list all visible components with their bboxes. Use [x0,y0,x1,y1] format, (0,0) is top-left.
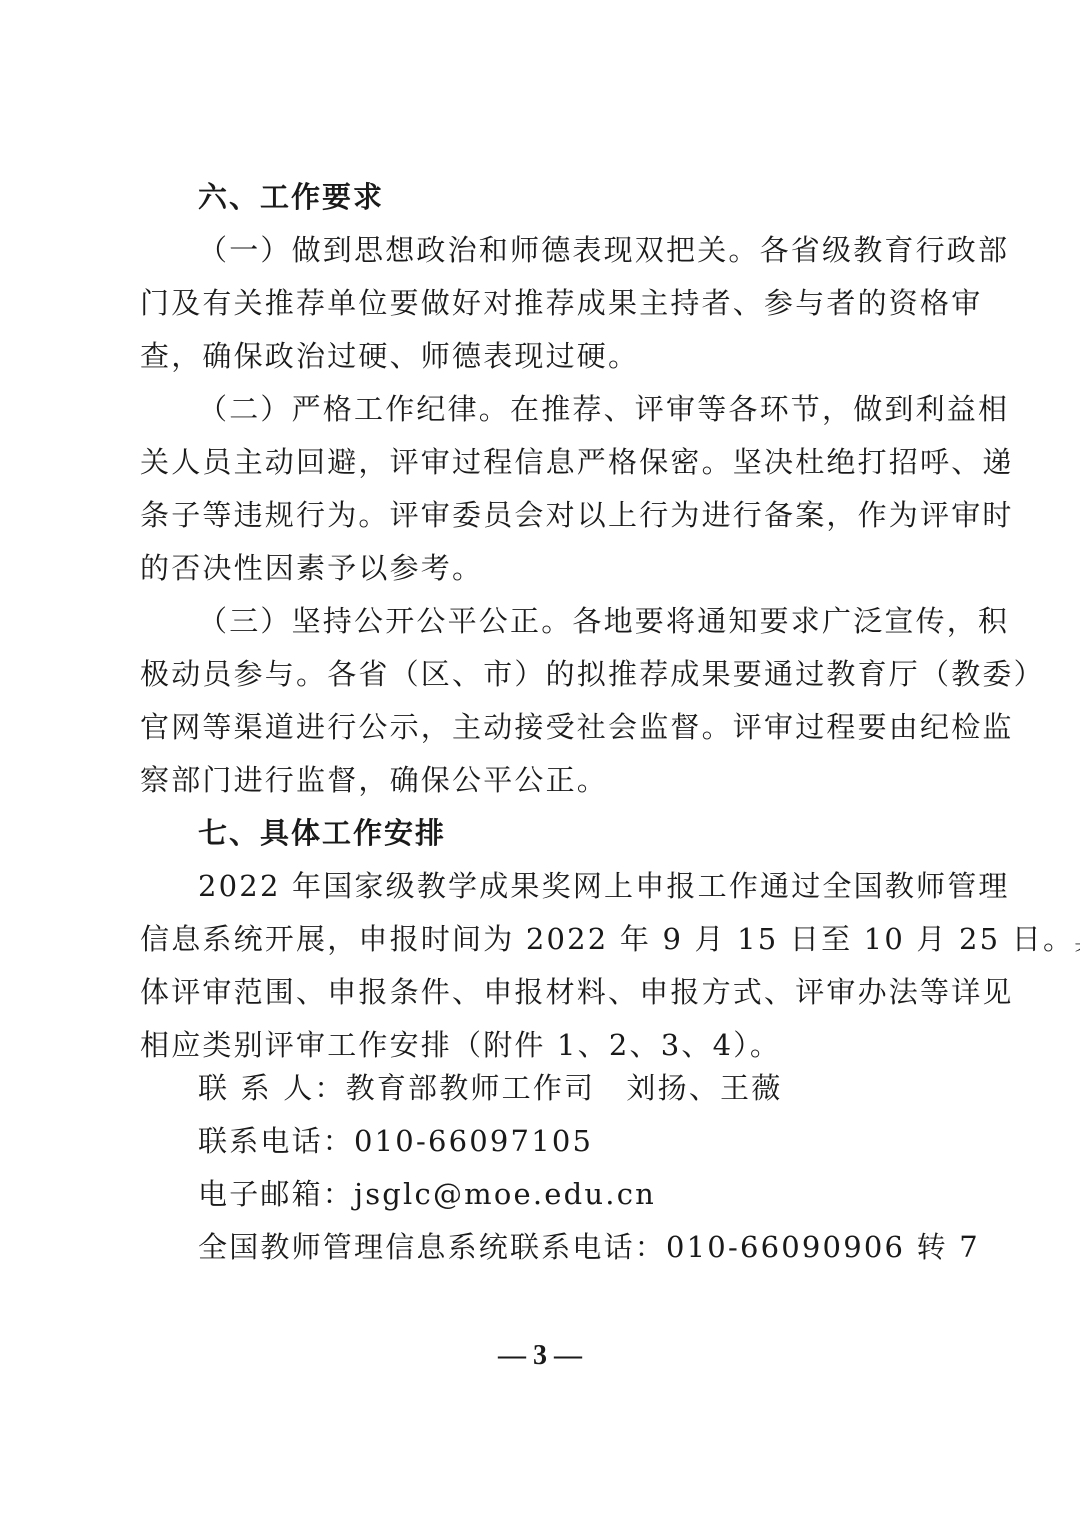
paragraph-line: 极动员参与。各省（区、市）的拟推荐成果要通过教育厅（教委） [140,647,940,701]
section-six-heading: 六、工作要求 [198,170,940,224]
contact-person: 联 系 人：教育部教师工作司 刘扬、王薇 [198,1061,940,1115]
section-seven-heading: 七、具体工作安排 [198,806,940,860]
contact-email: 电子邮箱：jsglc@moe.edu.cn [198,1167,940,1221]
paragraph-line: （二）严格工作纪律。在推荐、评审等各环节，做到利益相 [198,382,940,436]
paragraph-line: 察部门进行监督，确保公平公正。 [140,753,940,807]
system-phone: 全国教师管理信息系统联系电话：010-66090906 转 7 [198,1220,940,1274]
page-number: — 3 — [0,1340,1080,1372]
contact-phone: 联系电话：010-66097105 [198,1114,940,1168]
paragraph-line: （三）坚持公开公平公正。各地要将通知要求广泛宣传，积 [198,594,940,648]
paragraph-line: 的否决性因素予以参考。 [140,541,940,595]
paragraph-line: 门及有关推荐单位要做好对推荐成果主持者、参与者的资格审 [140,276,940,330]
paragraph-line: 关人员主动回避，评审过程信息严格保密。坚决杜绝打招呼、递 [140,435,940,489]
paragraph-line: 条子等违规行为。评审委员会对以上行为进行备案，作为评审时 [140,488,940,542]
paragraph-line: 信息系统开展，申报时间为 2022 年 9 月 15 日至 10 月 25 日。… [140,912,940,966]
paragraph-line: 查，确保政治过硬、师德表现过硬。 [140,329,940,383]
paragraph-line: 2022 年国家级教学成果奖网上申报工作通过全国教师管理 [198,859,940,913]
paragraph-line: 体评审范围、申报条件、申报材料、申报方式、评审办法等详见 [140,965,940,1019]
paragraph-line: （一）做到思想政治和师德表现双把关。各省级教育行政部 [198,223,940,277]
paragraph-line: 官网等渠道进行公示，主动接受社会监督。评审过程要由纪检监 [140,700,940,754]
